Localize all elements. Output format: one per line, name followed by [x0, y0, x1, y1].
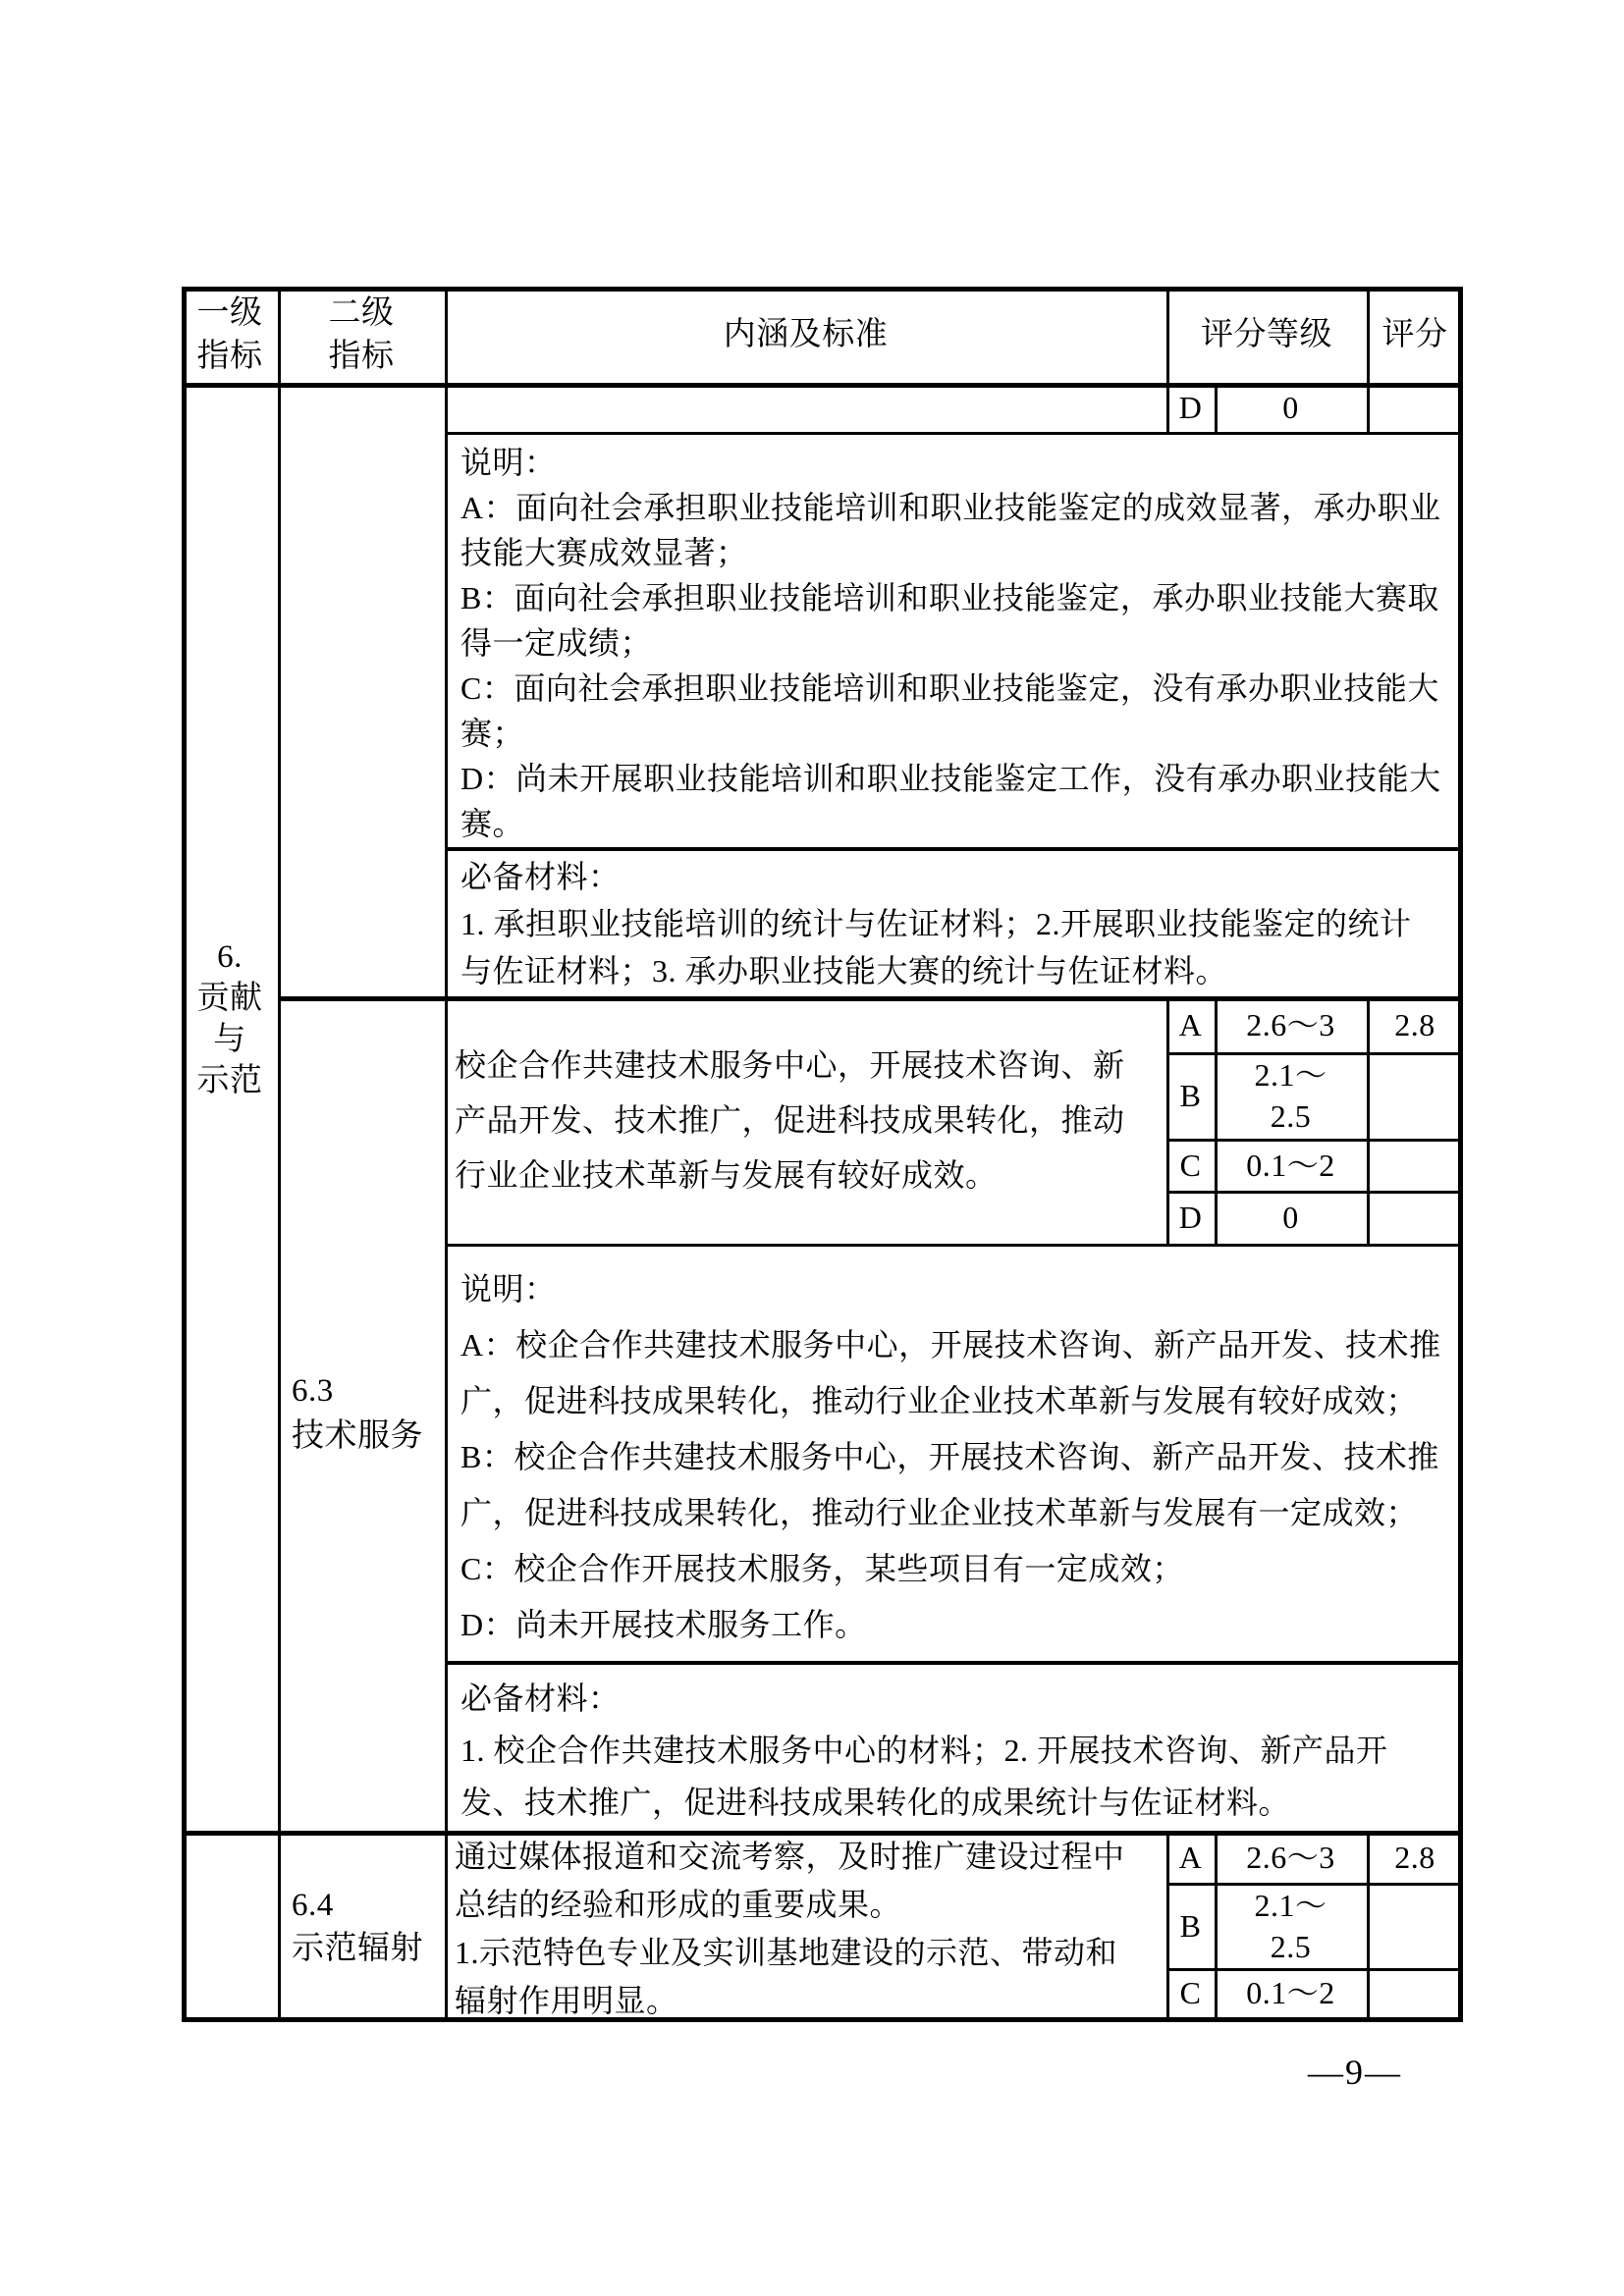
level2-indicator-6-4: 6.4 示范辐射: [278, 1831, 459, 2022]
evaluation-table: 一级 指标 二级 指标 内涵及标准 评分等级 评分 6. 贡献 与 示范 D 0…: [182, 287, 1463, 2022]
grade-range-cell: 2.1～ 2.5: [1215, 1883, 1367, 1968]
content-standard-6-3: 校企合作共建技术服务中心，开展技术咨询、新 产品开发、技术推广，促进科技成果转化…: [445, 996, 1186, 1244]
header-level1-indicator: 一级 指标: [182, 287, 278, 383]
score-cell: [1367, 1191, 1463, 1244]
score-cell: [1367, 1139, 1463, 1191]
grade-letter-cell: D: [1166, 1191, 1215, 1244]
document-page: { "page": { "number": "—9—" }, "table": …: [0, 0, 1624, 2296]
grade-range-cell: 2.6～3: [1215, 1831, 1367, 1883]
header-grade-level: 评分等级: [1166, 287, 1367, 383]
score-cell: [1367, 1052, 1463, 1139]
page-number: —9—: [1276, 2052, 1434, 2093]
header-content-standard: 内涵及标准: [445, 287, 1166, 383]
header-score: 评分: [1367, 287, 1463, 383]
score-cell: 2.8: [1367, 996, 1463, 1052]
grade-letter-cell: A: [1166, 1831, 1215, 1883]
score-cell: 2.8: [1367, 1831, 1463, 1883]
grade-range-cell: 0: [1215, 383, 1367, 432]
grade-letter-cell: B: [1166, 1052, 1215, 1139]
grade-range-cell: 0.1～2: [1215, 1968, 1367, 2017]
grade-letter-cell: D: [1166, 383, 1215, 432]
header-level2-indicator: 二级 指标: [278, 287, 445, 383]
level2-indicator-6-3: 6.3 技术服务: [278, 996, 459, 1831]
level1-indicator-label: 6. 贡献 与 示范: [197, 936, 263, 1101]
grade-range-cell: 2.1～ 2.5: [1215, 1052, 1367, 1139]
grade-range-cell: 0.1～2: [1215, 1139, 1367, 1191]
grade-letter-cell: C: [1166, 1968, 1215, 2017]
grade-letter-cell: A: [1166, 996, 1215, 1052]
explanation-block: 说明： A：面向社会承担职业技能培训和职业技能鉴定的成效显著，承办职业 技能大赛…: [445, 432, 1463, 847]
required-materials-block: 必备材料： 1. 承担职业技能培训的统计与佐证材料；2.开展职业技能鉴定的统计 …: [445, 847, 1463, 996]
required-materials-block: 必备材料： 1. 校企合作共建技术服务中心的材料；2. 开展技术咨询、新产品开 …: [445, 1661, 1463, 1831]
level1-indicator-cell: 6. 贡献 与 示范: [182, 383, 278, 1831]
score-cell: [1367, 1883, 1463, 1968]
grade-letter-cell: C: [1166, 1139, 1215, 1191]
content-standard-6-4: 通过媒体报道和交流考察，及时推广建设过程中 总结的经验和形成的重要成果。 1.示…: [445, 1831, 1166, 2022]
explanation-block: 说明： A：校企合作共建技术服务中心，开展技术咨询、新产品开发、技术推 广，促进…: [445, 1244, 1463, 1661]
grade-range-cell: 0: [1215, 1191, 1367, 1244]
grade-letter-cell: B: [1166, 1883, 1215, 1968]
grade-range-cell: 2.6～3: [1215, 996, 1367, 1052]
score-cell: [1367, 1968, 1463, 2017]
